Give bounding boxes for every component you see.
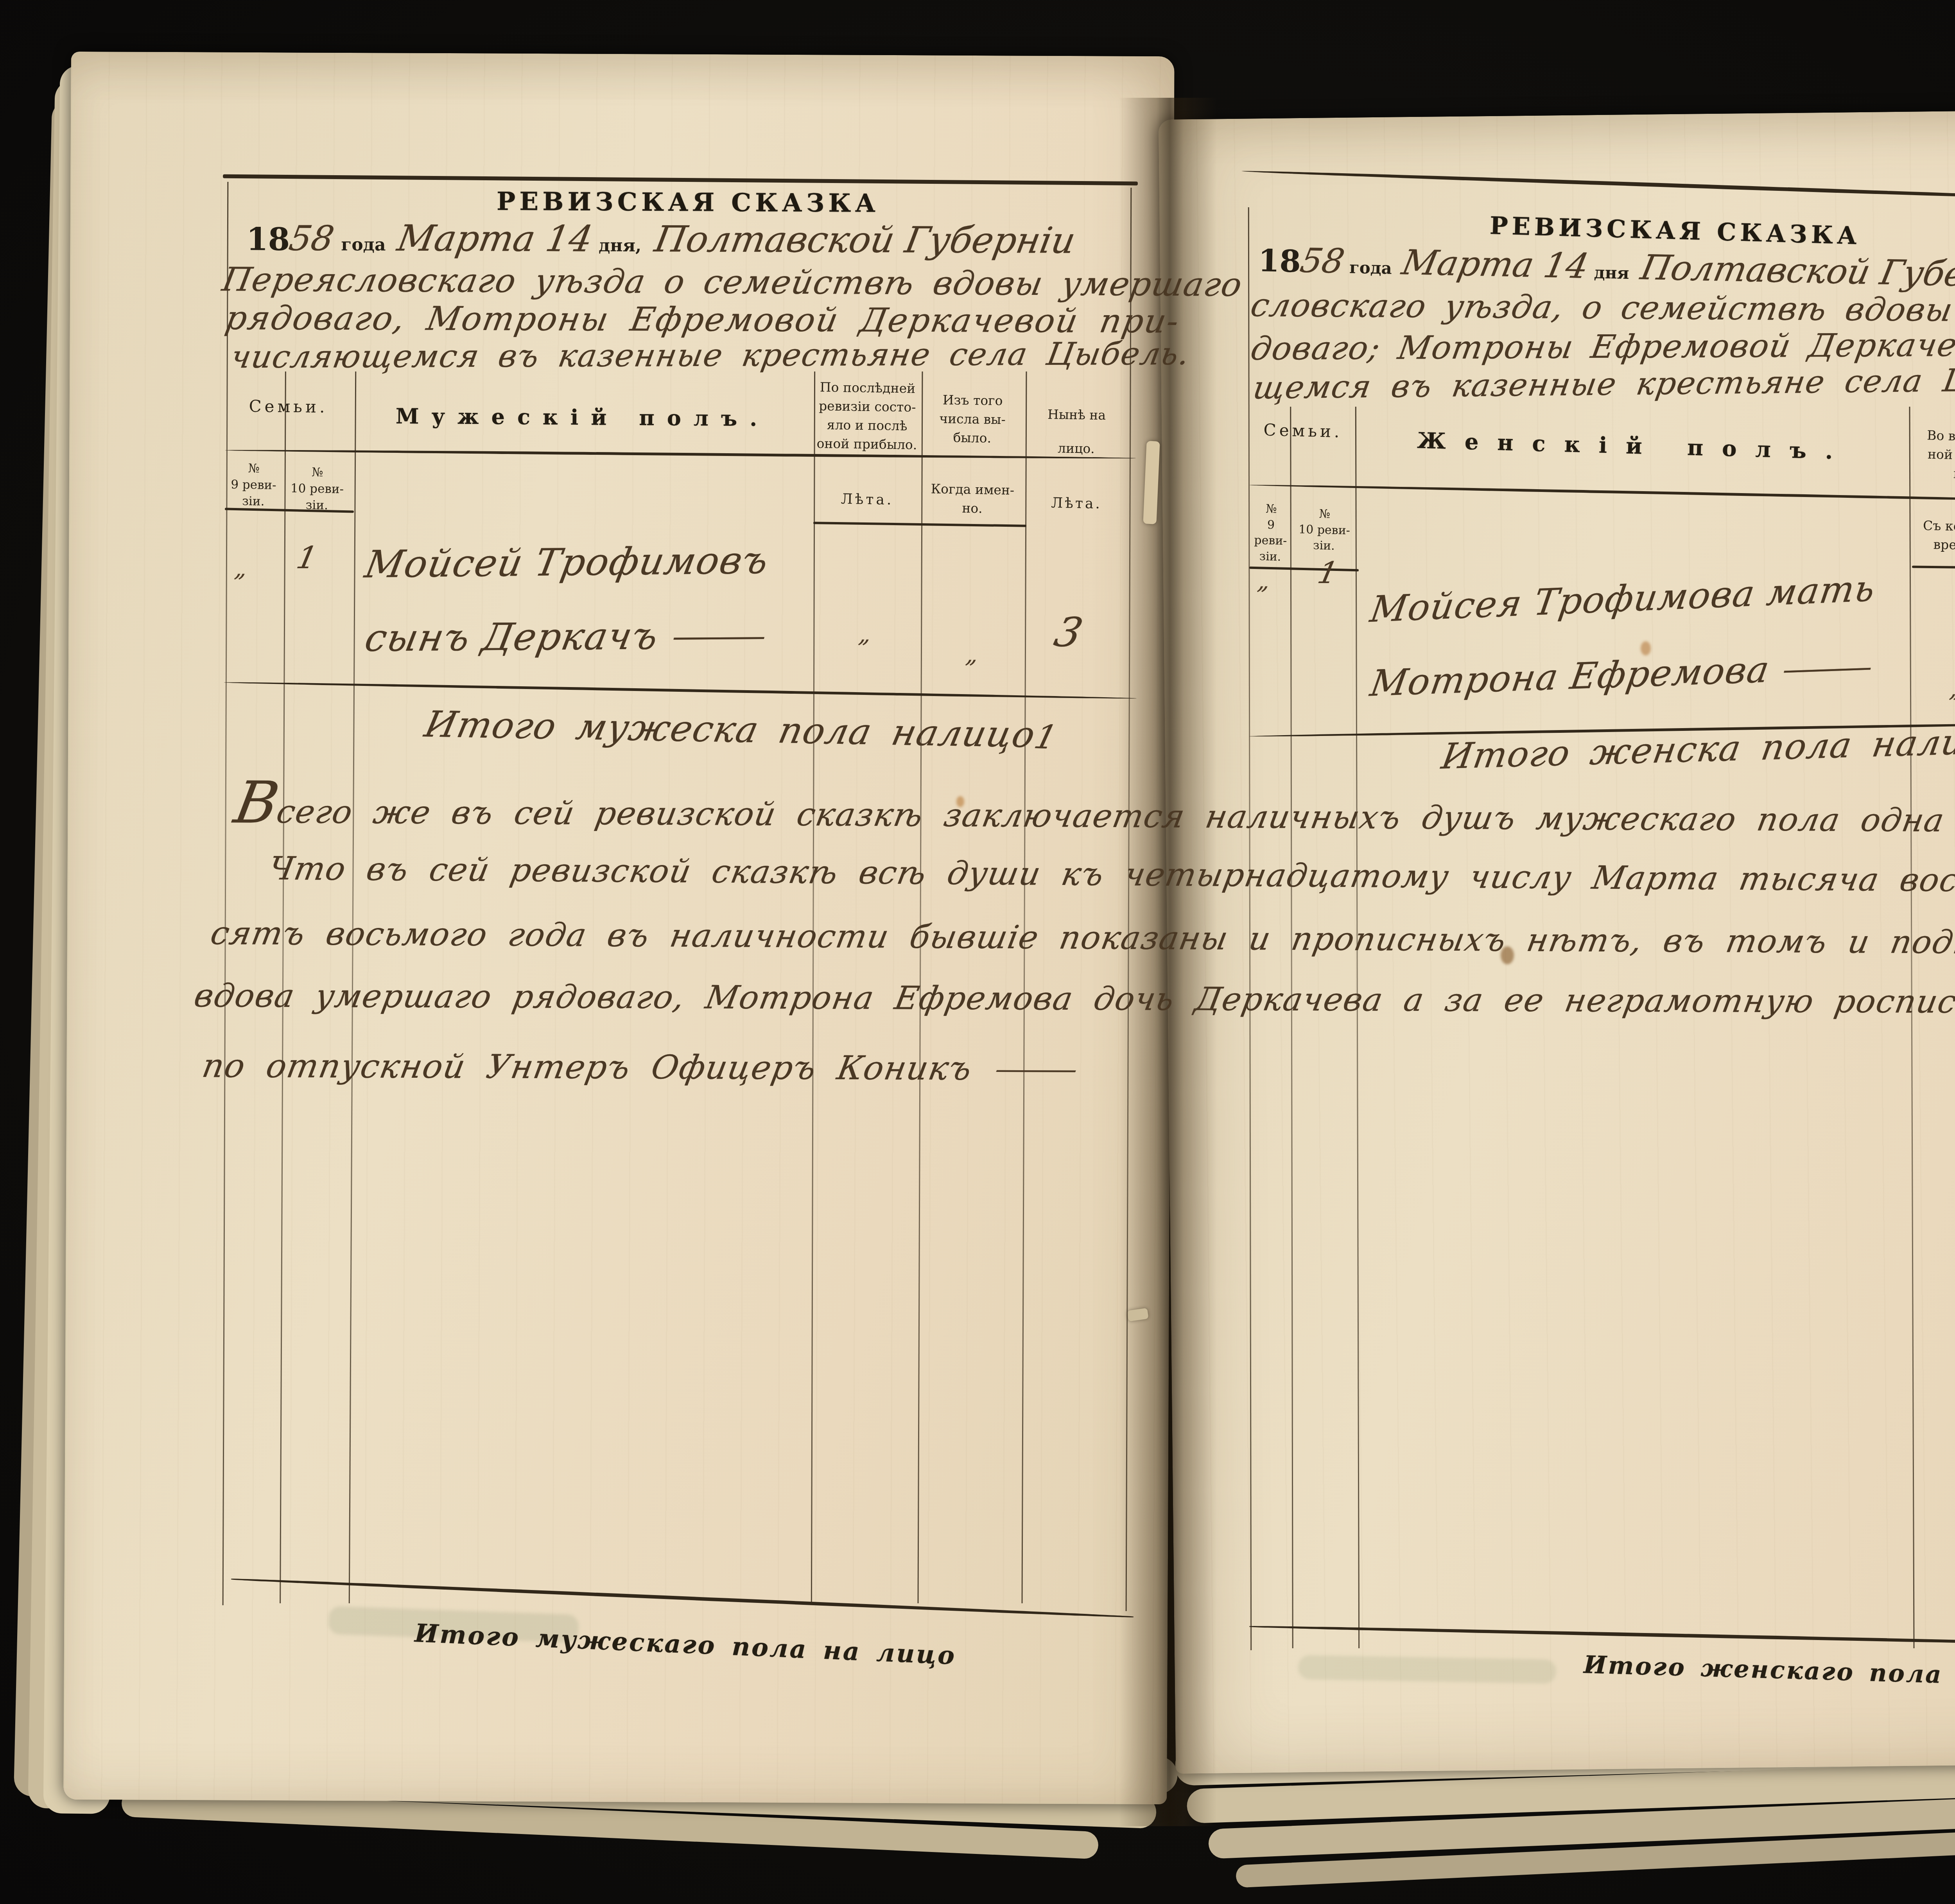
left-sub-rev9: № 9 реви- зіи. bbox=[224, 460, 283, 510]
year-label: года bbox=[1349, 258, 1392, 278]
right-sub-rev10: № 10 реви- зіи. bbox=[1291, 506, 1358, 555]
right-name-dash: ⸻ bbox=[1779, 637, 1871, 692]
left-col-sex: Мужескій полъ. bbox=[354, 403, 811, 431]
left-cell-name-line2: сынъ Деркачъ ⸻ bbox=[366, 605, 764, 662]
right-sub-rev9: № 9 реви- зіи. bbox=[1248, 501, 1293, 565]
left-col-last-revision: По послѣдней ревизіи состо- яло и послѣ … bbox=[814, 378, 921, 454]
right-sub-since: Съ котораго времени. bbox=[1912, 516, 1955, 555]
left-cell-name-line1: Мойсей Трофимовъ bbox=[362, 538, 773, 586]
left-sub-years-last: Лѣта. bbox=[814, 489, 921, 511]
written-year-digits: 58 bbox=[286, 218, 337, 258]
right-preamble-line: доваго; Мотроны Ефремовой Деркачевой при… bbox=[1248, 325, 1955, 367]
left-name-dash: ⸻ bbox=[669, 605, 763, 660]
written-region: Полтавской Губерніи bbox=[651, 218, 1078, 262]
book-scan: 572 РЕВИЗСКАЯ СКАЗКА 1858 года Марта 14 … bbox=[0, 0, 1955, 1904]
right-preamble-line: словскаго уѣзда, о семействѣ вдовы умерш… bbox=[1248, 287, 1955, 330]
ink-bleedthrough bbox=[1298, 1655, 1557, 1684]
left-sub-when: Когда имен- но. bbox=[921, 479, 1024, 519]
year-label: года bbox=[341, 235, 386, 255]
written-day: Марта 14 bbox=[394, 217, 596, 260]
right-col-absence: Во времен- ной отлуч- кѣ. bbox=[1912, 425, 1955, 485]
day-label: дня bbox=[1594, 263, 1629, 283]
printed-year-digits: 18 bbox=[1258, 243, 1301, 279]
written-day: Марта 14 bbox=[1399, 242, 1592, 286]
left-sub-years-now: Лѣта. bbox=[1025, 493, 1128, 515]
certification-line: по отпускной Унтеръ Офицеръ Коникъ ⸻ bbox=[199, 1039, 1081, 1090]
left-col-family: Семьи. bbox=[225, 395, 352, 420]
left-preamble-line: Переясловскаго уѣзда о семействѣ вдовы у… bbox=[219, 260, 1246, 304]
printed-year-digits: 18 bbox=[246, 221, 290, 257]
left-date-line: 1858 года Марта 14 дня, Полтавской Губер… bbox=[246, 217, 1075, 261]
right-col-family: Семьи. bbox=[1249, 418, 1357, 445]
left-sub-rev10: № 10 реви- зіи. bbox=[282, 464, 352, 514]
day-label: дня, bbox=[599, 235, 642, 255]
left-name-line2-text: сынъ Деркачъ bbox=[362, 614, 662, 660]
certification-line: вдова умершаго рядоваго, Мотрона Ефремов… bbox=[191, 977, 1955, 1021]
left-preamble-line: рядоваго, Мотроны Ефремовой Деркачевой п… bbox=[222, 299, 1183, 340]
left-col-departed: Изъ того числа вы- было. bbox=[921, 390, 1024, 448]
left-page-title: РЕВИЗСКАЯ СКАЗКА bbox=[497, 187, 833, 218]
left-preamble-line: числяющемся въ казенные крестьяне села Ц… bbox=[228, 336, 1193, 375]
written-year-digits: 58 bbox=[1297, 241, 1347, 281]
left-col-present: Нынѣ на лицо. bbox=[1025, 397, 1128, 466]
